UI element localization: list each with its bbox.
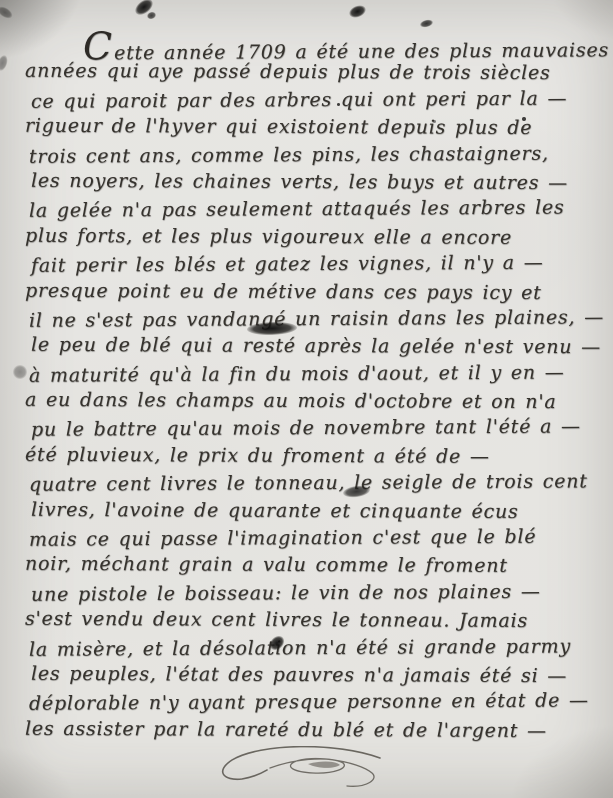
manuscript-line: une pistole le boisseau: le vin de nos p… bbox=[31, 578, 607, 609]
ink-blot bbox=[419, 19, 433, 29]
ink-speck bbox=[522, 117, 526, 121]
ink-blot bbox=[146, 11, 157, 21]
manuscript-line: rigueur de l'hyver qui existoient depuis… bbox=[25, 113, 607, 143]
manuscript-line: quatre cent livres le tonneau, le seigle… bbox=[29, 468, 607, 499]
manuscript-line: a eu dans les champs au mois d'octobre e… bbox=[25, 387, 607, 417]
manuscript-line: les peuples, l'état des pauvres n'a jama… bbox=[31, 661, 607, 691]
paper-stain bbox=[0, 54, 9, 72]
paper-stain bbox=[0, 4, 14, 20]
manuscript-line: plus forts, et les plus vigoureux elle a… bbox=[25, 222, 607, 252]
manuscript-line: les assister par la rareté du blé et de … bbox=[25, 715, 607, 745]
ink-speck bbox=[337, 103, 340, 106]
manuscript-line: à maturité qu'à la fin du mois d'aout, e… bbox=[29, 359, 607, 390]
manuscript-page: Cette année 1709 a été une des plus mauv… bbox=[0, 0, 613, 798]
manuscript-line: déplorable n'y ayant presque personne en… bbox=[29, 688, 607, 719]
manuscript-line: Cette année 1709 a été une des plus mauv… bbox=[29, 30, 607, 61]
manuscript-text: Cette année 1709 a été une des plus mauv… bbox=[26, 32, 607, 744]
manuscript-line: les noyers, les chaines verts, les buys … bbox=[31, 168, 607, 198]
manuscript-line: fait perir les blés et gatez les vignes,… bbox=[31, 249, 607, 280]
manuscript-line: trois cent ans, comme les pins, les chas… bbox=[29, 140, 607, 171]
ink-blot bbox=[348, 3, 368, 20]
manuscript-line: il ne s'est pas vandangé un raisin dans … bbox=[29, 304, 607, 335]
flourish-paraph bbox=[212, 746, 392, 796]
manuscript-line: été pluvieux, le prix du froment a été d… bbox=[25, 442, 607, 472]
manuscript-line: presque point eu de métive dans ces pays… bbox=[25, 277, 607, 307]
manuscript-line: mais ce qui passe l'imagination c'est qu… bbox=[29, 523, 607, 554]
manuscript-line: noir, méchant grain a valu comme le from… bbox=[25, 551, 607, 581]
manuscript-line: le peu de blé qui a resté après la gelée… bbox=[31, 332, 607, 362]
manuscript-line: s'est vendu deux cent livres le tonneau.… bbox=[25, 606, 607, 636]
manuscript-line: livres, l'avoine de quarante et cinquant… bbox=[31, 496, 607, 526]
manuscript-line: pu le battre qu'au mois de novembre tant… bbox=[31, 414, 607, 445]
manuscript-line: la misère, et la désolation n'a été si g… bbox=[29, 633, 607, 664]
ink-speck bbox=[433, 120, 436, 123]
manuscript-line: ce qui paroit par des arbres qui ont per… bbox=[31, 85, 607, 116]
manuscript-line: années qui aye passé depuis plus de troi… bbox=[25, 58, 607, 88]
paper-stain bbox=[13, 365, 27, 379]
manuscript-line: la gelée n'a pas seulement attaqués les … bbox=[29, 195, 607, 226]
